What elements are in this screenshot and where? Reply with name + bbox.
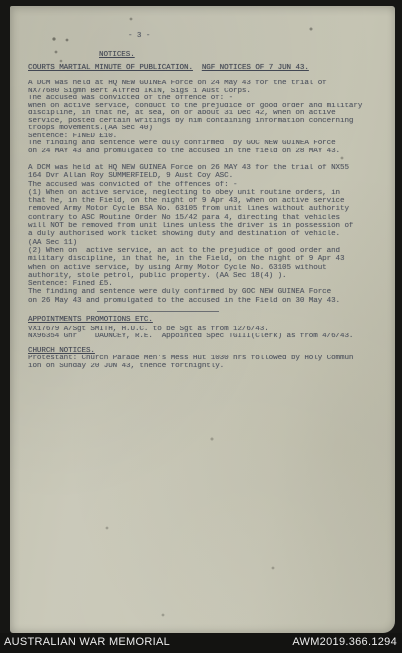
typewritten-line: The accused was convicted of the offence… — [28, 95, 387, 103]
typewritten-line: (AA Sec 11) — [28, 239, 387, 247]
typewritten-line: NX77680 Sigmn Bert Alfred IKIN, Sigs 1 A… — [28, 88, 387, 96]
typewritten-line: service, posted certain writings by him … — [28, 118, 387, 126]
typewritten-line: The finding and sentence were duly confi… — [28, 140, 387, 148]
typewritten-line: Protestant: Church Parade Men's Mess Hut… — [28, 355, 387, 363]
typewritten-line: The finding and sentence were duly confi… — [28, 288, 387, 296]
typewritten-content: - 3 - NOTICES. COURTS MARTIAL MINUTE OF … — [28, 33, 387, 370]
typewritten-line: troops movements.(AA Sec 40) — [28, 125, 387, 133]
typewritten-line: When on active service, conduct to the p… — [28, 103, 387, 111]
typewritten-line: The accused was convicted of the offence… — [28, 181, 387, 189]
typewritten-line: discipline, in that he, at sea, on or ab… — [28, 110, 387, 118]
section-divider — [97, 311, 219, 312]
typewritten-line: removed Army Motor Cycle BSA No. 63105 f… — [28, 205, 387, 213]
typewritten-line: contrary to ASC Routine Order No 15/42 p… — [28, 214, 387, 222]
typewritten-line: on 26 May 43 and promulgated to the accu… — [28, 297, 387, 305]
typewritten-line: ion on Sunday 20 JUN 43, thence fortnigh… — [28, 363, 387, 371]
typewritten-line: when on active service, by using Army Mo… — [28, 264, 387, 272]
typewritten-line: authority, stole petrol, public property… — [28, 272, 387, 280]
typewritten-line: will NOT be removed from unit lines unle… — [28, 222, 387, 230]
memorial-name: AUSTRALIAN WAR MEMORIAL — [4, 636, 170, 648]
footer-bar: AUSTRALIAN WAR MEMORIAL AWM2019.366.1294 — [0, 633, 402, 653]
subject-gap — [193, 64, 202, 72]
scanned-page-view: - 3 - NOTICES. COURTS MARTIAL MINUTE OF … — [0, 0, 402, 653]
notices-heading: NOTICES. — [99, 52, 387, 60]
typewritten-line: a duly authorised work ticket showing du… — [28, 230, 387, 238]
page-number: - 3 - — [128, 33, 387, 41]
typewritten-line: 164 Dvr Allan Roy SUMMERFIELD, 9 Aust Co… — [28, 172, 387, 180]
typewritten-line: Sentence: FINED £10. — [28, 133, 387, 141]
typewritten-line: Sentence: Fined £5. — [28, 280, 387, 288]
appointments-lines: VX17679 A/Sgt SMITH, H.U.C. to be Sgt as… — [28, 326, 387, 341]
church-notices-lines: Protestant: Church Parade Men's Mess Hut… — [28, 355, 387, 370]
typewritten-line: A DCM was held at HQ NEW GUINEA Force on… — [28, 164, 387, 172]
document-page: - 3 - NOTICES. COURTS MARTIAL MINUTE OF … — [10, 6, 395, 633]
typewritten-line: that he, in the Field, on the night of 9… — [28, 197, 387, 205]
typewritten-line: A DCM was held at HQ NEW GUINEA Force on… — [28, 80, 387, 88]
typewritten-line: on 24 MAY 43 and promulgated to the accu… — [28, 148, 387, 156]
typewritten-line: VX17679 A/Sgt SMITH, H.U.C. to be Sgt as… — [28, 326, 387, 334]
typewritten-line: (2) When on active service, an act to th… — [28, 247, 387, 255]
paper-speckles — [10, 6, 12, 8]
catalog-number: AWM2019.366.1294 — [292, 636, 397, 648]
appointments-heading: APPOINTMENTS PROMOTIONS ETC. — [28, 317, 387, 325]
ngf-notices-date: NGF NOTICES OF 7 JUN 43. — [202, 64, 309, 72]
court-martial-1-paragraph: A DCM was held at HQ NEW GUINEA Force on… — [28, 80, 387, 155]
subject-line: COURTS MARTIAL MINUTE OF PUBLICATION. NG… — [28, 64, 387, 72]
courts-martial-heading: COURTS MARTIAL MINUTE OF PUBLICATION. — [28, 64, 193, 72]
typewritten-line: military discipline, in that he, in the … — [28, 255, 387, 263]
court-martial-2-paragraph: A DCM was held at HQ NEW GUINEA Force on… — [28, 164, 387, 305]
church-notices-heading: CHURCH NOTICES. — [28, 348, 387, 356]
typewritten-line: NX96354 Gnr DAUNCEY, R.E. Appointed Spec… — [28, 333, 387, 341]
typewritten-line: (1) When on active service, neglecting t… — [28, 189, 387, 197]
